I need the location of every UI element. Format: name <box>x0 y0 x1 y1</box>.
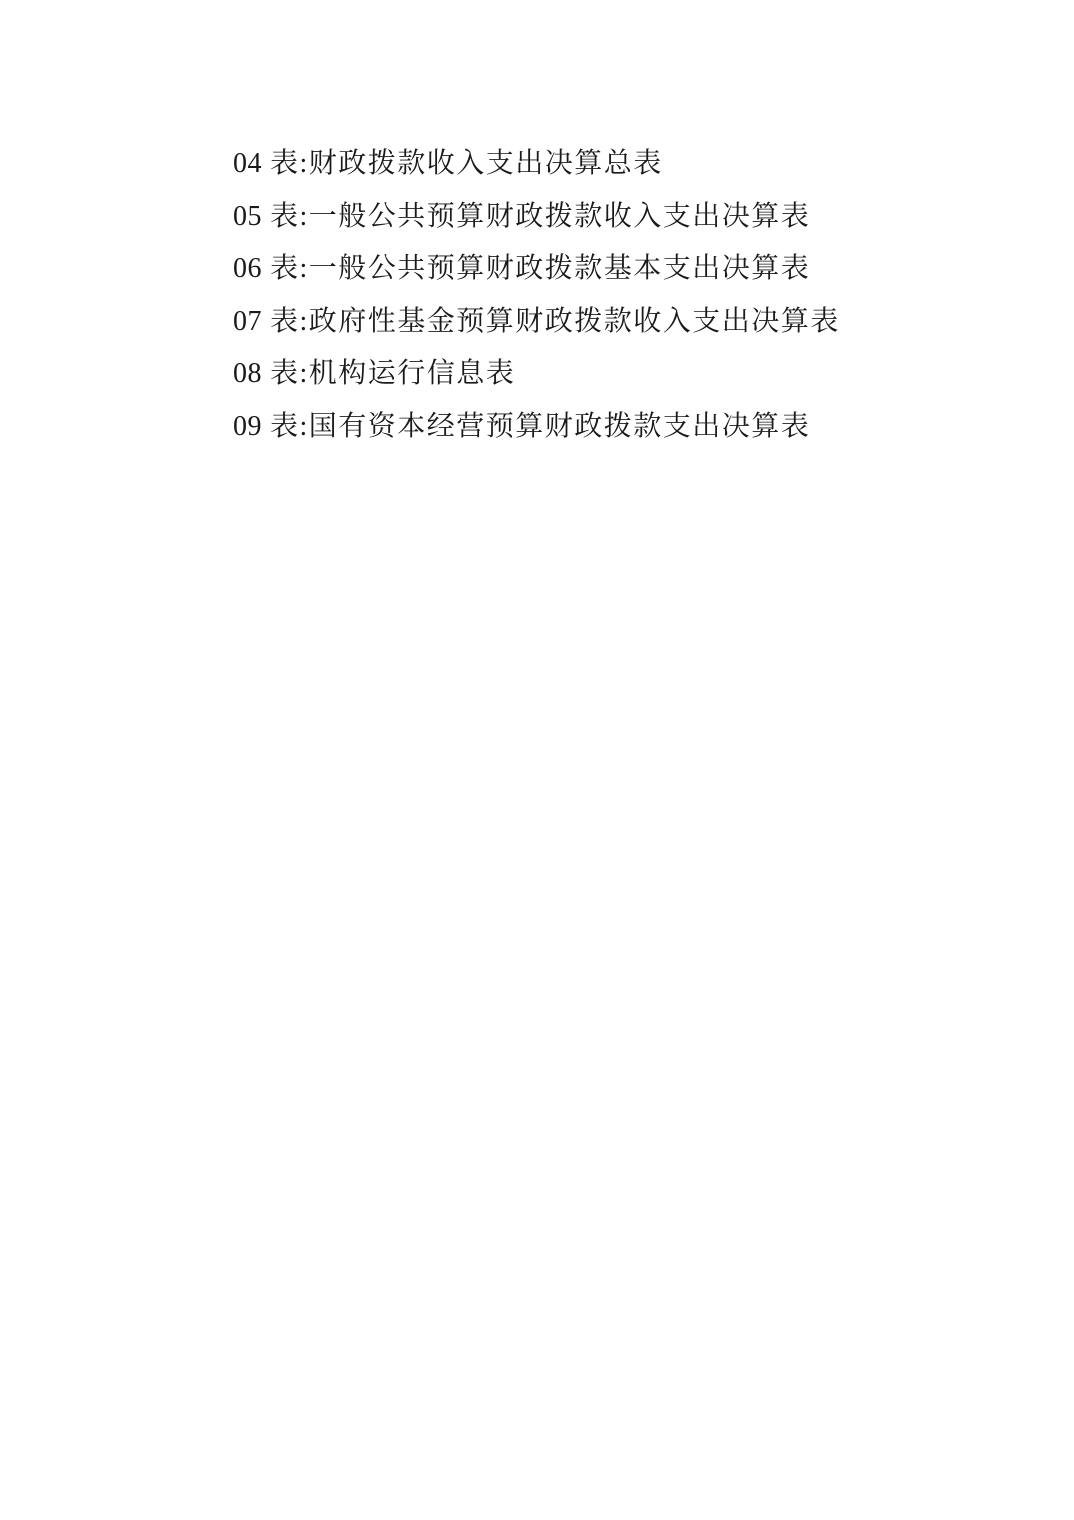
document-page: 04表:财政拨款收入支出决算总表 05表:一般公共预算财政拨款收入支出决算表 0… <box>0 0 1074 1520</box>
table-of-contents: 04表:财政拨款收入支出决算总表 05表:一般公共预算财政拨款收入支出决算表 0… <box>233 138 1014 453</box>
toc-item-number: 05 <box>233 201 262 232</box>
toc-item-05: 05表:一般公共预算财政拨款收入支出决算表 <box>233 191 1014 244</box>
toc-item-04: 04表:财政拨款收入支出决算总表 <box>233 138 1014 191</box>
toc-item-title: 表:机构运行信息表 <box>270 358 515 389</box>
toc-item-07: 07表:政府性基金预算财政拨款收入支出决算表 <box>233 296 1014 349</box>
toc-item-title: 表:财政拨款收入支出决算总表 <box>270 148 663 179</box>
toc-item-number: 09 <box>233 411 262 442</box>
toc-item-title: 表:国有资本经营预算财政拨款支出决算表 <box>270 411 810 442</box>
toc-item-title: 表:政府性基金预算财政拨款收入支出决算表 <box>270 306 840 337</box>
toc-item-title: 表:一般公共预算财政拨款收入支出决算表 <box>270 201 810 232</box>
toc-item-number: 07 <box>233 306 262 337</box>
toc-item-06: 06表:一般公共预算财政拨款基本支出决算表 <box>233 243 1014 296</box>
toc-item-09: 09表:国有资本经营预算财政拨款支出决算表 <box>233 401 1014 454</box>
toc-item-number: 06 <box>233 253 262 284</box>
toc-item-title: 表:一般公共预算财政拨款基本支出决算表 <box>270 253 810 284</box>
toc-item-number: 08 <box>233 358 262 389</box>
toc-item-08: 08表:机构运行信息表 <box>233 348 1014 401</box>
toc-item-number: 04 <box>233 148 262 179</box>
